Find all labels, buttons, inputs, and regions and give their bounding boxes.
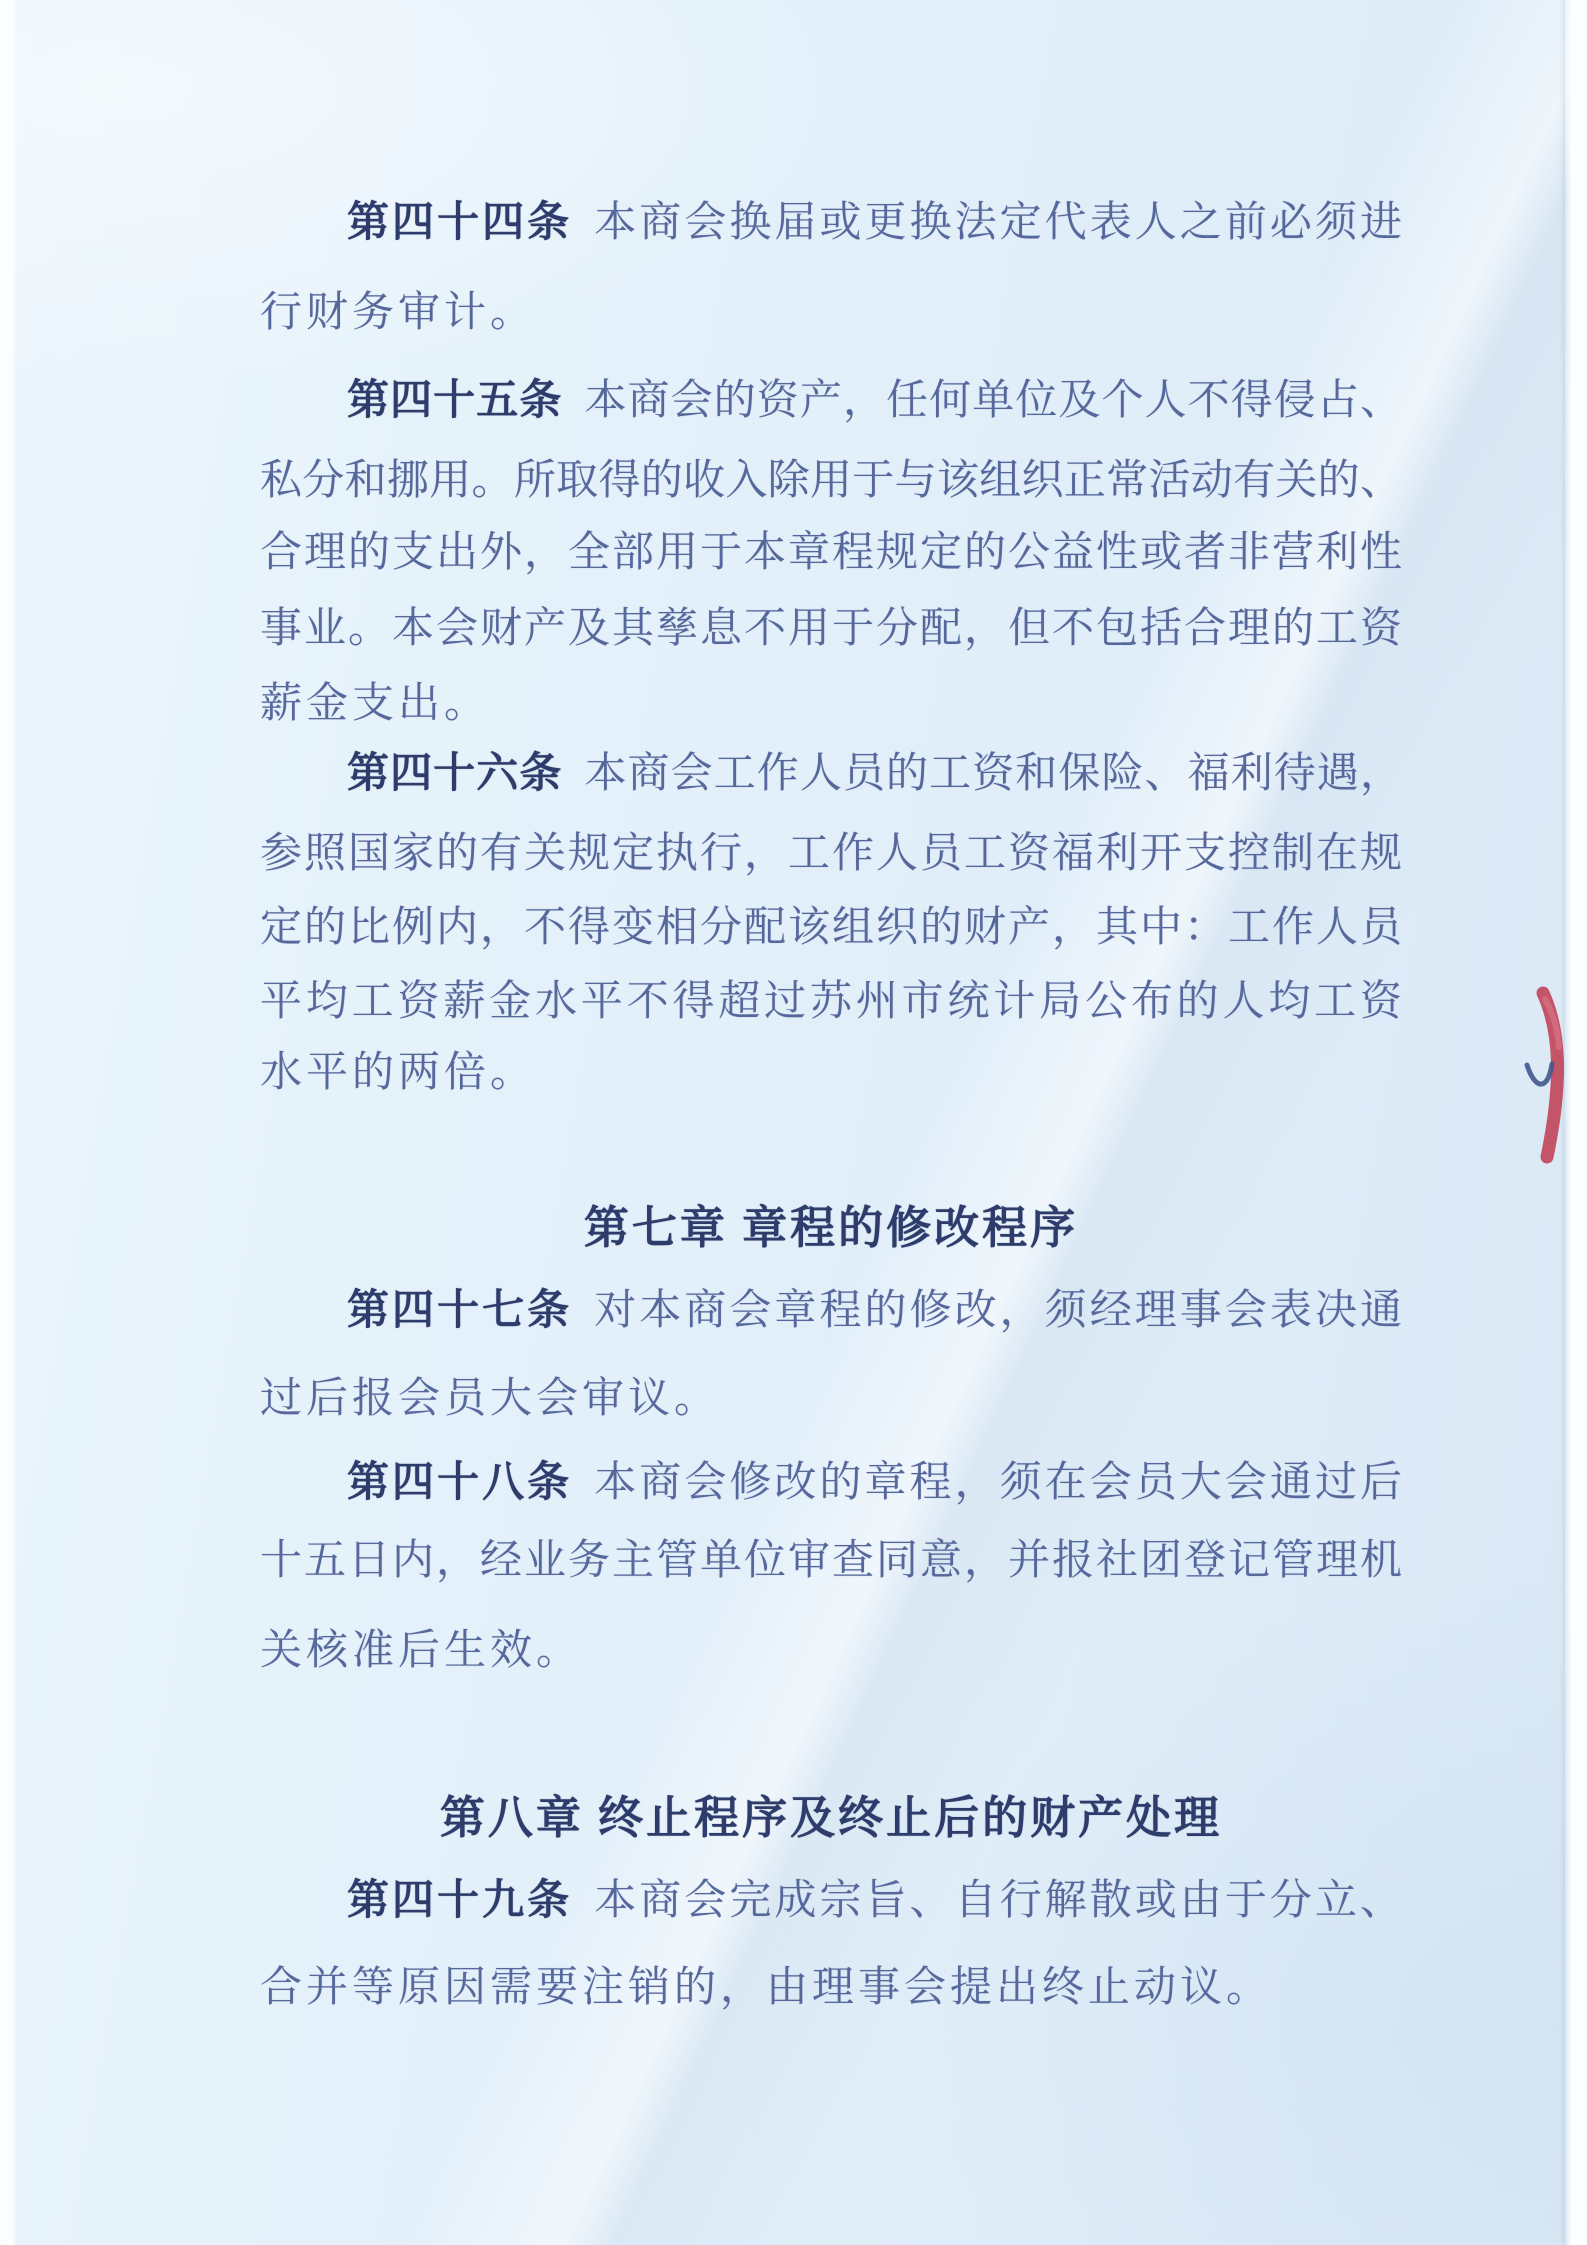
- article-46-line-5: 水平的两倍。: [260, 1035, 1402, 1111]
- blue-ink-mark: [1527, 1064, 1552, 1084]
- chapter-7-heading: 第七章 章程的修改程序: [260, 1190, 1402, 1266]
- article-46-line-1: 第四十六条本商会工作人员的工资和保险、福利待遇，: [260, 736, 1402, 812]
- article-46-text-1: 本商会工作人员的工资和保险、福利待遇，: [584, 751, 1402, 797]
- article-48-number: 第四十八条: [347, 1460, 572, 1506]
- article-44-text-1: 本商会换届或更换法定代表人之前必须进: [594, 200, 1402, 246]
- article-44-number: 第四十四条: [347, 200, 572, 246]
- article-48-line-1: 第四十八条本商会修改的章程，须在会员大会通过后: [260, 1445, 1402, 1521]
- article-49-line-1: 第四十九条本商会完成宗旨、自行解散或由于分立、: [260, 1863, 1402, 1939]
- article-45-line-4: 事业。本会财产及其孳息不用于分配，但不包括合理的工资: [260, 591, 1402, 667]
- article-49-number: 第四十九条: [347, 1878, 572, 1924]
- article-48-line-2: 十五日内，经业务主管单位审查同意，并报社团登记管理机: [260, 1523, 1402, 1599]
- article-48-text-1: 本商会修改的章程，须在会员大会通过后: [594, 1460, 1402, 1506]
- pen-marks: [1505, 985, 1575, 1170]
- article-49-line-2: 合并等原因需要注销的，由理事会提出终止动议。: [260, 1950, 1402, 2026]
- article-45-number: 第四十五条: [347, 378, 562, 424]
- article-45-line-3: 合理的支出外，全部用于本章程规定的公益性或者非营利性: [260, 515, 1402, 591]
- article-45-line-1: 第四十五条本商会的资产，任何单位及个人不得侵占、: [260, 363, 1402, 439]
- article-47-line-2: 过后报会员大会审议。: [260, 1361, 1402, 1437]
- article-45-text-1: 本商会的资产，任何单位及个人不得侵占、: [584, 378, 1402, 424]
- article-45-line-5: 薪金支出。: [260, 666, 1402, 742]
- article-44-line-1: 第四十四条本商会换届或更换法定代表人之前必须进: [260, 185, 1402, 261]
- article-46-line-2: 参照国家的有关规定执行，工作人员工资福利开支控制在规: [260, 816, 1402, 892]
- article-46-line-3: 定的比例内，不得变相分配该组织的财产，其中：工作人员: [260, 890, 1402, 966]
- article-48-line-3: 关核准后生效。: [260, 1613, 1402, 1689]
- chapter-8-heading: 第八章 终止程序及终止后的财产处理: [260, 1780, 1402, 1856]
- article-47-line-1: 第四十七条对本商会章程的修改，须经理事会表决通: [260, 1273, 1402, 1349]
- article-45-line-2: 私分和挪用。所取得的收入除用于与该组织正常活动有关的、: [260, 443, 1402, 519]
- article-49-text-1: 本商会完成宗旨、自行解散或由于分立、: [594, 1878, 1402, 1924]
- article-46-number: 第四十六条: [347, 751, 562, 797]
- scanned-page: 第四十四条本商会换届或更换法定代表人之前必须进 行财务审计。 第四十五条本商会的…: [0, 0, 1587, 2245]
- scan-edge-left: [0, 0, 17, 2245]
- article-44-line-2: 行财务审计。: [260, 275, 1402, 351]
- article-46-line-4: 平均工资薪金水平不得超过苏州市统计局公布的人均工资: [260, 964, 1402, 1040]
- article-47-text-1: 对本商会章程的修改，须经理事会表决通: [594, 1288, 1402, 1334]
- article-47-number: 第四十七条: [347, 1288, 572, 1334]
